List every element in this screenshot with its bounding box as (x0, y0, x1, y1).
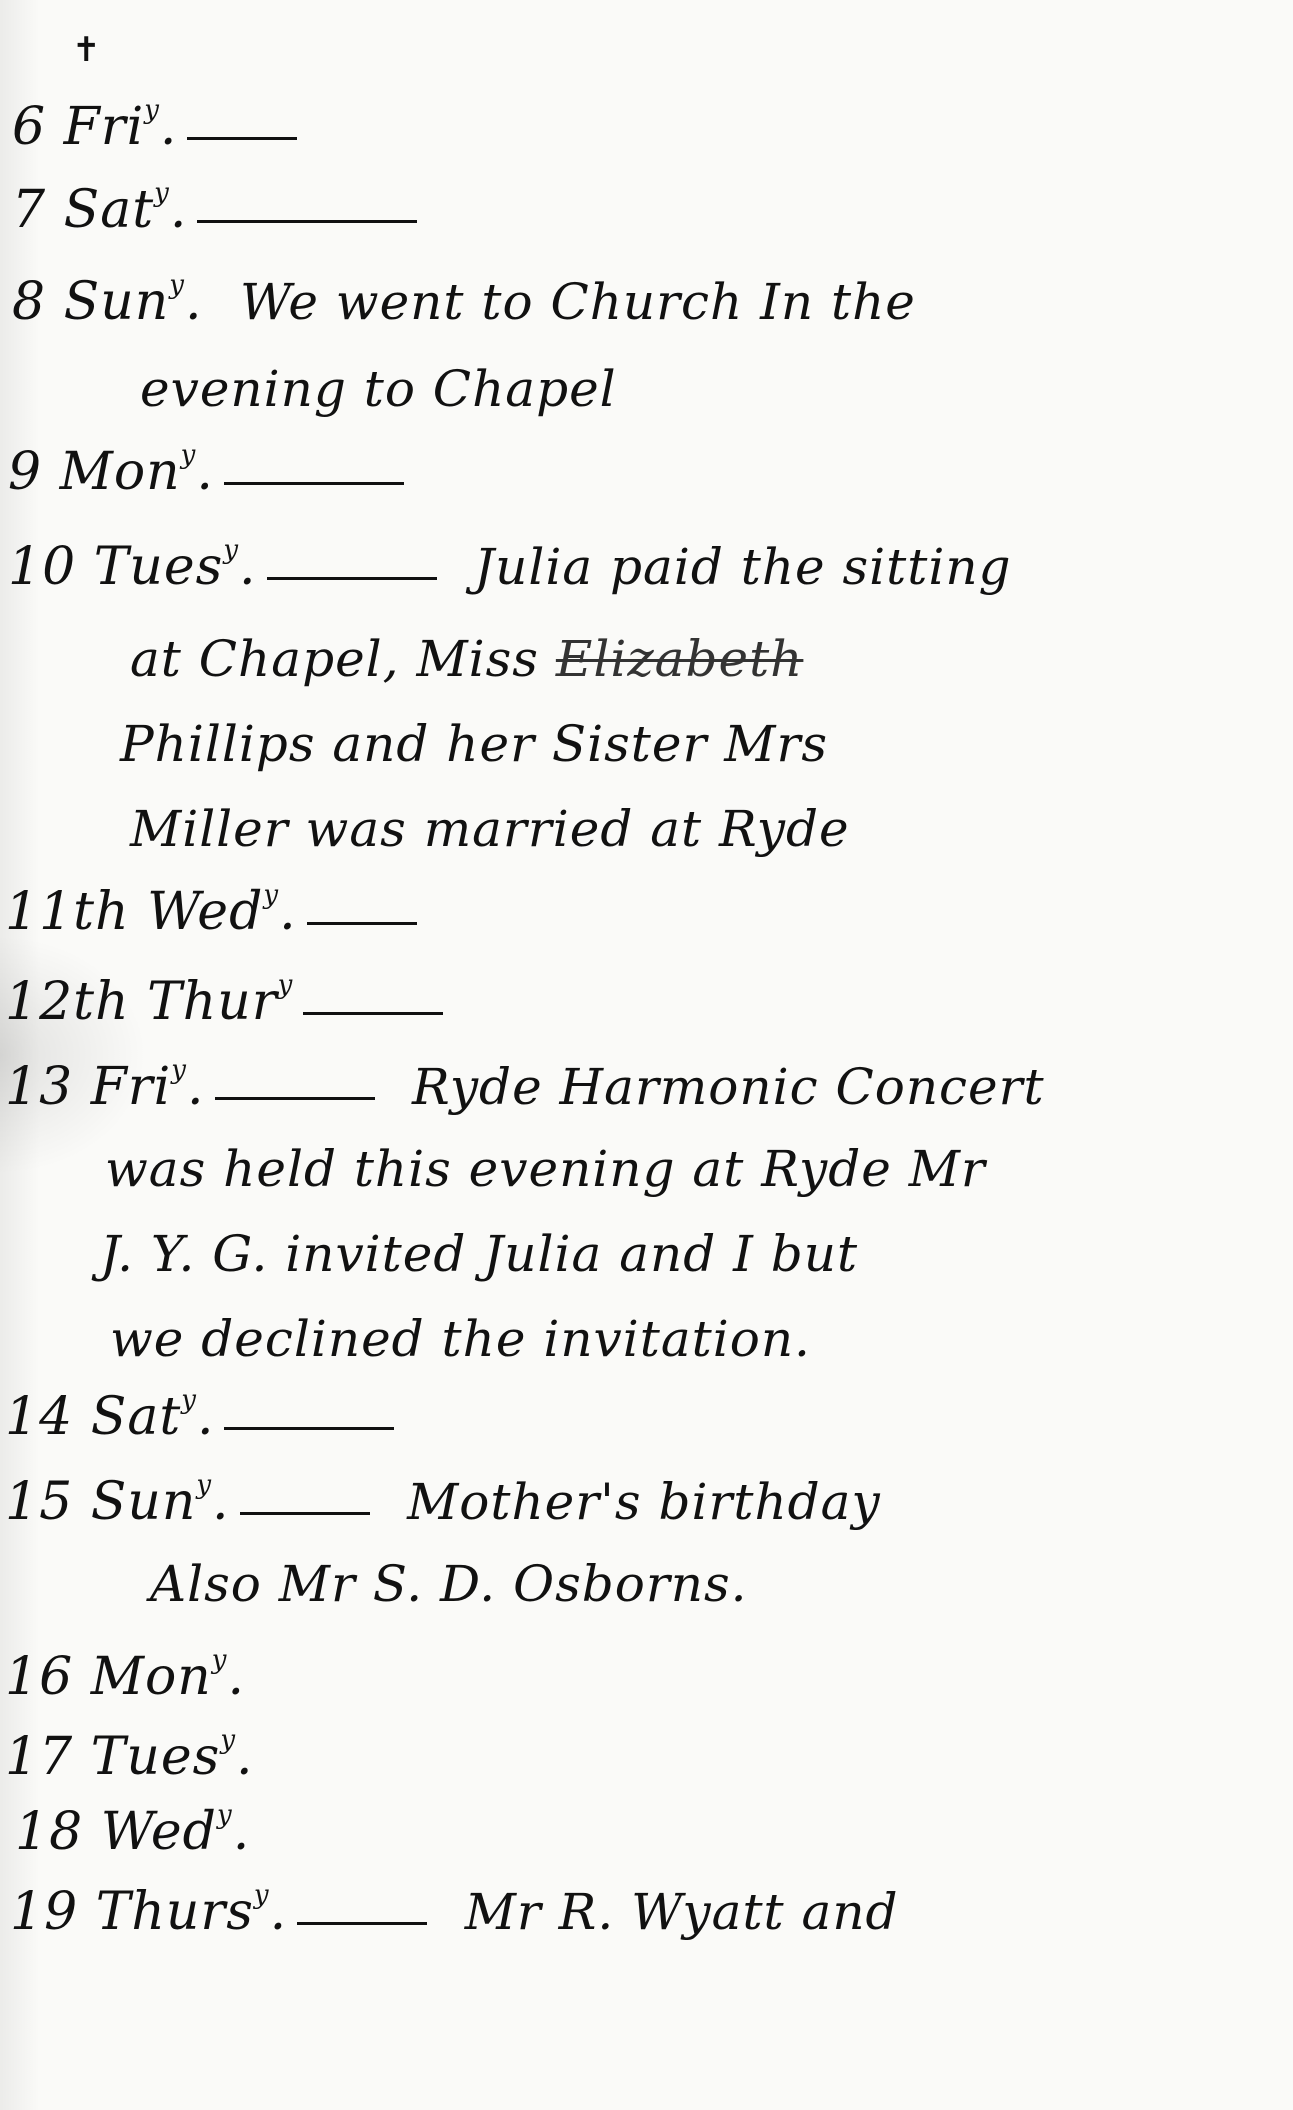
entry-text: Mother's birthday (407, 1473, 881, 1531)
entry-day: 11th (5, 882, 130, 942)
entry-continuation: Phillips and her Sister Mrs (120, 715, 828, 773)
diary-entry: 8 Suny. We went to Church In the (12, 270, 916, 332)
entry-dash (215, 1097, 375, 1100)
entry-day: 18 (15, 1802, 83, 1862)
entry-suffix: y (181, 440, 197, 470)
continuation-line: at Chapel, Miss (130, 630, 539, 688)
entry-suffix: y (144, 95, 160, 125)
entry-day: 10 (8, 537, 76, 597)
entry-weekday: Sun (91, 1472, 197, 1532)
entry-dash (240, 1512, 370, 1515)
entry-weekday: Thurs (96, 1882, 254, 1942)
entry-suffix: y (154, 178, 170, 208)
entry-suffix: y (263, 880, 279, 910)
entry-dash (297, 1922, 427, 1925)
entry-day: 16 (5, 1647, 73, 1707)
entry-suffix: y (169, 270, 185, 300)
entry-continuation: at Chapel, Miss Elizabeth (130, 630, 803, 688)
diary-entry: 13 Friy. Ryde Harmonic Concert (5, 1055, 1045, 1117)
entry-weekday: Sat (64, 180, 155, 240)
entry-day: 9 (8, 442, 42, 502)
entry-dash (303, 1012, 443, 1015)
diary-entry: 10 Tuesy. Julia paid the sitting (8, 535, 1012, 597)
entry-weekday: Mon (91, 1647, 212, 1707)
entry-weekday: Tues (94, 537, 224, 597)
entry-text: We went to Church In the (240, 273, 916, 331)
entry-weekday: Mon (60, 442, 181, 502)
entry-continuation: was held this evening at Ryde Mr (105, 1140, 986, 1198)
entry-suffix: y (196, 1470, 212, 1500)
entry-dash (224, 482, 404, 485)
entry-day: 7 (12, 180, 46, 240)
entry-day: 14 (5, 1387, 73, 1447)
entry-dash (187, 137, 297, 140)
entry-continuation: we declined the invitation. (110, 1310, 811, 1368)
diary-entry: 15 Suny. Mother's birthday (5, 1470, 881, 1532)
diary-page: ✝ 6 Friy. 7 Saty. 8 Suny. We went to Chu… (0, 0, 1293, 2110)
entry-weekday: Fri (91, 1057, 172, 1117)
entry-day: 6 (12, 97, 46, 157)
entry-suffix: y (212, 1645, 228, 1675)
diary-entry: 19 Thursy. Mr R. Wyatt and (10, 1880, 899, 1942)
entry-day: 13 (5, 1057, 73, 1117)
entry-suffix: y (171, 1055, 187, 1085)
entry-suffix: y (223, 535, 239, 565)
entry-day: 8 (12, 272, 46, 332)
entry-weekday: Sat (91, 1387, 182, 1447)
diary-entry: 14 Saty. (5, 1385, 394, 1447)
entry-day: 17 (5, 1727, 73, 1787)
diary-entry: 12th Thury (5, 970, 443, 1032)
entry-continuation: Also Mr S. D. Osborns. (150, 1555, 748, 1613)
entry-continuation: Miller was married at Ryde (130, 800, 850, 858)
entry-dash (224, 1427, 394, 1430)
entry-suffix: y (220, 1725, 236, 1755)
entry-weekday: Thur (147, 972, 278, 1032)
entry-continuation: evening to Chapel (140, 360, 617, 418)
top-mark: ✝ (72, 30, 101, 70)
entry-dash (307, 922, 417, 925)
entry-text: Julia paid the sitting (474, 538, 1011, 596)
entry-dash (267, 577, 437, 580)
entry-text: Ryde Harmonic Concert (412, 1058, 1045, 1116)
diary-entry: 11th Wedy. (5, 880, 417, 942)
entry-weekday: Tues (91, 1727, 221, 1787)
entry-suffix: y (181, 1385, 197, 1415)
diary-entry: 18 Wedy. (15, 1800, 250, 1862)
entry-suffix: y (278, 970, 294, 1000)
diary-entry: 9 Mony. (8, 440, 404, 502)
entry-text: Mr R. Wyatt and (465, 1883, 899, 1941)
entry-suffix: y (217, 1800, 233, 1830)
diary-entry: 17 Tuesy. (5, 1725, 254, 1787)
struck-text: Elizabeth (556, 630, 804, 688)
entry-day: 15 (5, 1472, 73, 1532)
diary-entry: 16 Mony. (5, 1645, 245, 1707)
entry-weekday: Fri (64, 97, 145, 157)
entry-weekday: Wed (147, 882, 263, 942)
entry-weekday: Sun (64, 272, 170, 332)
entry-continuation: J. Y. G. invited Julia and I but (100, 1225, 858, 1283)
entry-suffix: y (254, 1880, 270, 1910)
entry-day: 19 (10, 1882, 78, 1942)
diary-entry: 7 Saty. (12, 178, 417, 240)
diary-entry: 6 Friy. (12, 95, 297, 157)
entry-dash (197, 220, 417, 223)
entry-weekday: Wed (101, 1802, 217, 1862)
entry-day: 12th (5, 972, 130, 1032)
